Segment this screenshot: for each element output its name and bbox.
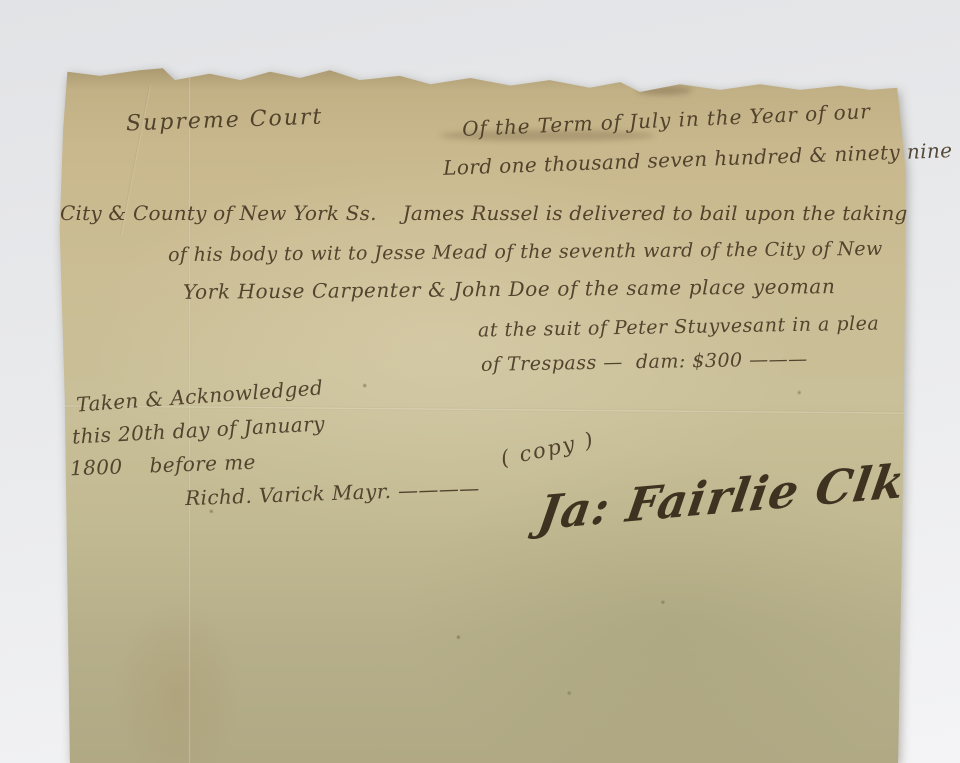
photo-of-document: Supreme Court Of the Term of July in the… <box>0 0 960 763</box>
body-line-1: City & County of New York Ss.James Russe… <box>60 201 908 225</box>
bail-clause: James Russel is delivered to bail upon t… <box>403 201 908 225</box>
ink-smudge-top-edge <box>636 86 692 95</box>
fold-crease-vertical <box>188 64 191 763</box>
venue-clause: City & County of New York Ss. <box>60 201 377 225</box>
